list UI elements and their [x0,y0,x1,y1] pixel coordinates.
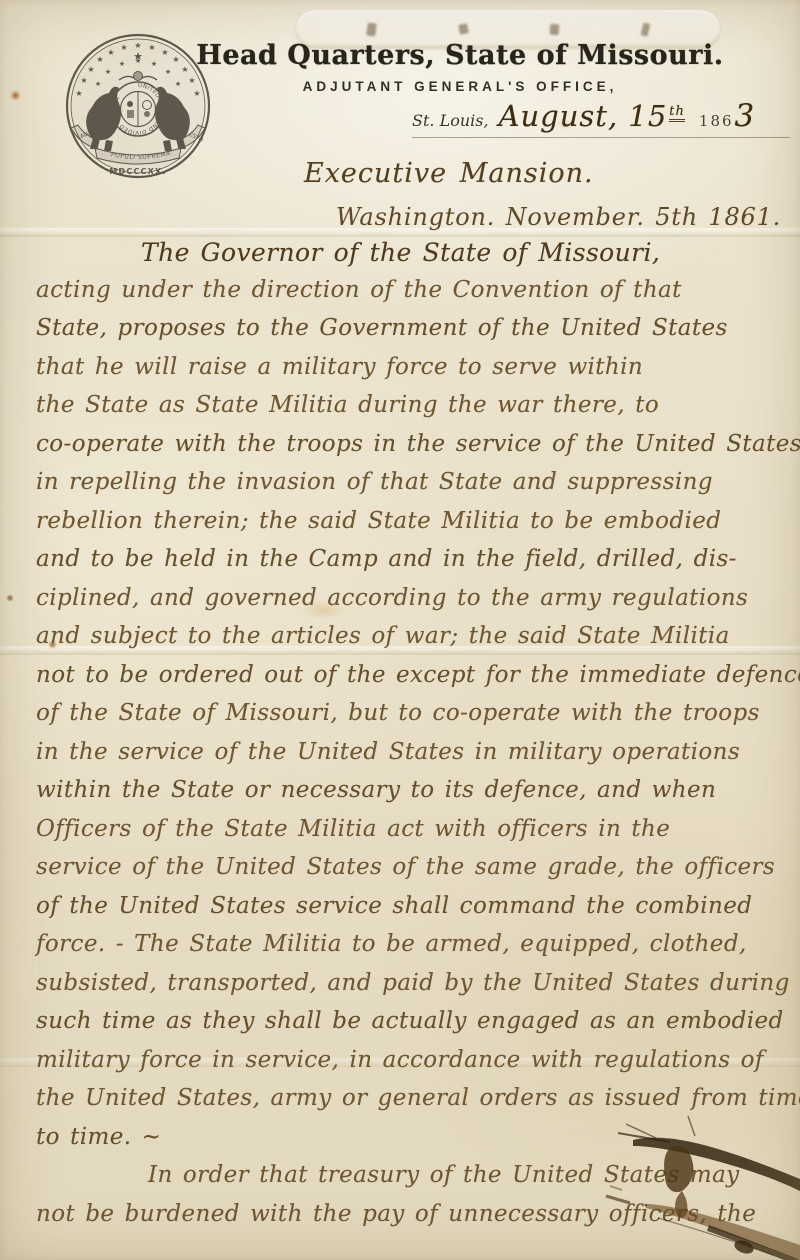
letter-line: in repelling the invasion of that State … [36,469,788,508]
letter-line: force. - The State Militia to be armed, … [36,931,788,970]
svg-text:★: ★ [134,41,141,50]
letterhead-title: Head Quarters, State of Missouri. [160,40,760,71]
letter-line: Officers of the State Militia act with o… [36,816,788,855]
letter-line: acting under the direction of the Conven… [36,277,788,316]
svg-text:★: ★ [120,43,127,52]
letter-line: the State as State Militia during the wa… [36,392,788,431]
svg-text:★: ★ [96,55,103,64]
ink-blot [598,1078,800,1260]
svg-text:★: ★ [80,76,87,85]
svg-text:★: ★ [105,68,111,76]
letter-heading-line1: Executive Mansion. [304,152,788,196]
svg-text:★: ★ [119,60,125,68]
svg-text:★: ★ [95,80,101,88]
letter-page: ★★★ ★★★ ★★★ ★★★ ★ ★★★ ★★★ ★ ★ UNITED WE [0,0,800,1260]
svg-text:★: ★ [75,89,82,98]
letter-line: within the State or necessary to its def… [36,777,788,816]
foxing-spot [10,90,21,101]
letter-heading-line2: Washington. November. 5th 1861. [336,196,788,238]
place-label: St. Louis, [412,111,489,130]
letter-line: and subject to the articles of war; the … [36,623,788,662]
dateline: St. Louis, August, 15th 186 3 [412,98,790,138]
printed-year: 186 [699,112,734,130]
letter-line: ciplined, and governed according to the … [36,585,788,624]
svg-text:★: ★ [151,60,157,68]
svg-text:★: ★ [133,50,143,63]
letter-body: Executive Mansion. Washington. November.… [36,152,788,1239]
svg-text:★: ★ [148,43,155,52]
foxing-spot [6,594,14,602]
letter-line: subsisted, transported, and paid by the … [36,970,788,1009]
letter-line: of the United States service shall comma… [36,893,788,932]
letter-line: State, proposes to the Government of the… [36,315,788,354]
handwritten-date: August, 15th [499,99,685,133]
letter-line: such time as they shall be actually enga… [36,1008,788,1047]
letter-line: that he will raise a military force to s… [36,354,788,393]
letter-line: and to be held in the Camp and in the fi… [36,546,788,585]
letterhead-office: ADJUTANT GENERAL'S OFFICE, [160,79,760,94]
handwritten-year-digit: 3 [735,98,755,134]
svg-text:★: ★ [107,48,114,57]
letter-line: The Governor of the State of Missouri, [141,238,788,277]
letter-line: not to be ordered out of the except for … [36,662,788,701]
letter-line: service of the United States of the same… [36,854,788,893]
svg-text:★: ★ [87,65,94,74]
letter-line: of the State of Missouri, but to co-oper… [36,700,788,739]
letter-line: rebellion therein; the said State Militi… [36,508,788,547]
date-ordinal: th [669,104,685,122]
letter-line: in the service of the United States in m… [36,739,788,778]
letterhead: Head Quarters, State of Missouri. ADJUTA… [160,40,760,94]
letter-line: co-operate with the troops in the servic… [36,431,788,470]
